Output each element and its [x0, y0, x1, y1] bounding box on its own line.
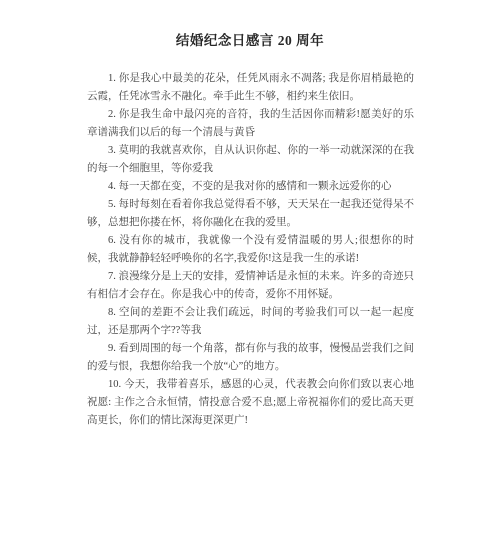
paragraph-5: 5. 每时每刻在看着你我总觉得看不够，天天呆在一起我还觉得呆不够，总想把你搂在怀… — [87, 196, 414, 232]
document-body: 1. 你是我心中最美的花朵，任凭风雨永不凋落; 我是你眉梢最艳的云霞，任凭冰雪永… — [87, 70, 414, 430]
paragraph-8: 8. 空间的差距不会让我们疏远，时间的考验我们可以一起一起度过，还是那两个字??… — [87, 304, 414, 340]
paragraph-10: 10. 今天，我带着喜乐，感恩的心灵，代表教会向你们致以衷心地祝愿: 主作之合永… — [87, 376, 414, 430]
document-title: 结婚纪念日感言 20 周年 — [0, 0, 500, 49]
paragraph-6: 6. 没有你的城市，我就像一个没有爱情温暖的男人;很想你的时候，我就静静轻轻呼唤… — [87, 232, 414, 268]
paragraph-2: 2. 你是我生命中最闪亮的音符，我的生活因你而精彩!愿美好的乐章谱满我们以后的每… — [87, 106, 414, 142]
paragraph-7: 7. 浪漫缘分是上天的安排，爱情神话是永恒的未来。许多的奇迹只有相信才会存在。你… — [87, 268, 414, 304]
paragraph-4: 4. 每一天都在变，不变的是我对你的感情和一颗永远爱你的心 — [87, 178, 414, 196]
paragraph-9: 9. 看到周围的每一个角落，都有你与我的故事，慢慢品尝我们之间的爱与恨，我想你给… — [87, 340, 414, 376]
paragraph-3: 3. 莫明的我就喜欢你，自从认识你起、你的一举一动就深深的在我的每一个细胞里，等… — [87, 142, 414, 178]
document-page: 结婚纪念日感言 20 周年 1. 你是我心中最美的花朵，任凭风雨永不凋落; 我是… — [0, 0, 500, 548]
paragraph-1: 1. 你是我心中最美的花朵，任凭风雨永不凋落; 我是你眉梢最艳的云霞，任凭冰雪永… — [87, 70, 414, 106]
